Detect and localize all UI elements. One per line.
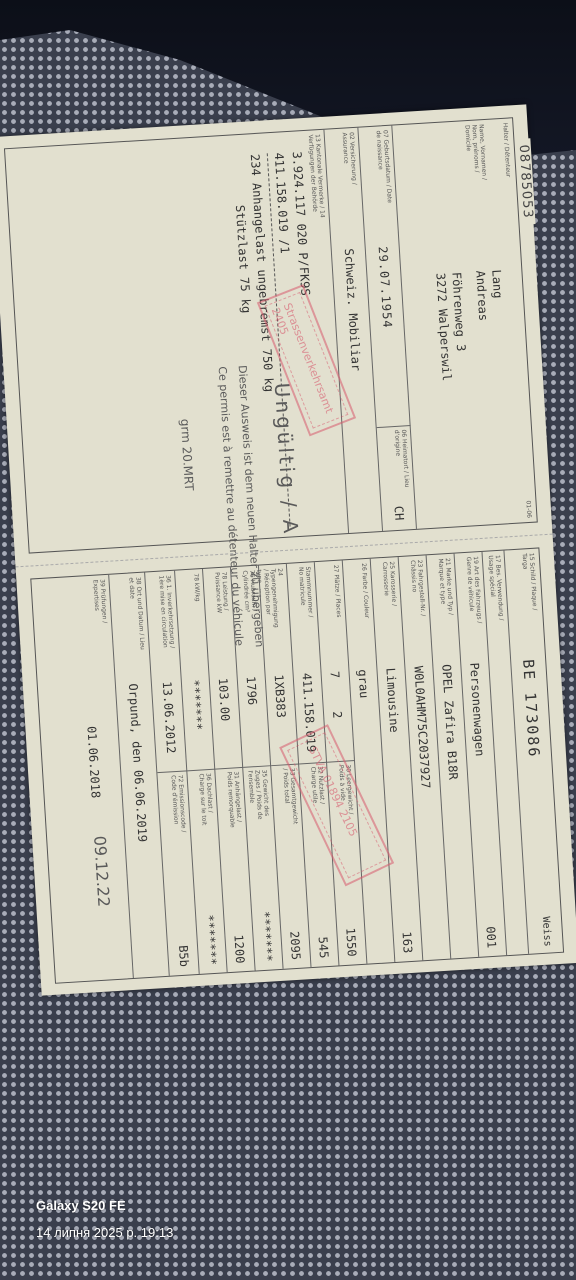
handwritten-note: grm 20.MRT [178,418,196,491]
roof-load-label: 36 Dachlast / Charge sur le toit [197,773,215,834]
divider [377,425,411,428]
power-ratio: ******* [188,679,205,730]
camera-watermark: Galaxy S20 FE 14 липня 2025 р. 19:13 [36,1198,173,1240]
emission-code: B5b [176,945,191,968]
gross-weight: 2095 [287,931,303,961]
vehicle-registration-document: Halter / Détenteur Name, Vornamen / Nom,… [0,104,576,995]
birth-date: 29.07.1954 [376,246,395,329]
notes-line-4: Stützlast 75 kg [233,205,254,314]
holder-label: Halter / Détenteur [501,123,512,193]
divider [187,769,215,772]
color-label: 26 Farbe / Couleur [360,563,372,643]
authority-notes-label: 13 Kantonale Vermerke / 14 Verfügungen d… [307,134,327,235]
insurance: Schweiz. Mobiliar [342,248,363,371]
vin-label: 23 Fahrgestell-Nr. / Châssis no [409,560,428,641]
make-model: OPEL Zafira B18R [439,664,460,780]
license-plate: BE 173086 [519,659,543,759]
holder-street: Föhrenweg 3 [449,272,468,352]
holder-surname: Lang [489,269,505,299]
roof-load: ******* [202,914,219,965]
document-photo: Halter / Détenteur Name, Vornamen / Nom,… [0,104,576,996]
body-label: 25 Karosserie / Carrosserie [381,561,400,642]
first-registration-label: 36 1. Inverkehrsetzung / 1ère mise en ci… [157,575,176,656]
vehicle-type-label: 19 Art des Fahrzeugs / Genre de véhicule [465,556,484,637]
place-date: Orpund, den 06.06.2019 [126,683,150,843]
place-date-label: 38 Ort und Datum / Lieu et date [127,577,146,658]
form-code: 01-06 [524,500,532,518]
divider [157,770,187,773]
train-weight-label: 35 Gewicht des Zuges / Poids de l'ensemb… [246,769,271,830]
body-type: Limousine [383,667,401,733]
vehicle-color: grau [355,669,371,699]
payload: 545 [316,936,331,959]
usage-label: 17 Bes. Verwendung / Usage spécial [487,555,506,636]
capture-datetime: 14 липня 2025 р. 19:13 [36,1225,173,1240]
inspection-label: 39 Prüfungen / Expertises [91,579,109,640]
notes-line-2: 411.158.019 /1 [272,152,292,254]
holder-half: Halter / Détenteur Name, Vornamen / Nom,… [0,104,552,566]
first-registration: 13.06.2012 [160,681,178,754]
vehicle-type: Personenwagen [467,662,487,757]
train-weight: ******* [258,911,275,962]
plate-color: Weiss [540,916,553,947]
name-label: Name, Vornamen / Nom, prénoms / Domicile [463,124,488,195]
holder-first-name: Andreas [473,270,490,321]
inspection-date: 01.06.2018 [84,726,102,799]
notes-line-3: 234 Anhangelast ungebremst 750 kg [248,154,277,393]
inspection-handwritten: 09.12.22 [90,835,113,907]
emission-code-label: 72 Emissionscode / Code d'émission [170,775,188,836]
device-name: Galaxy S20 FE [36,1198,173,1213]
plate-label: 15 Schild / Plaque / Targa [521,553,539,614]
make-label: 21 Marke und Typ / Marque et type [437,558,456,639]
power-ratio-label: 78 kW/kg [192,573,203,633]
trailer-load: 1200 [231,934,247,964]
origin: CH [392,505,407,520]
insurance-label: 02 Versicherung / Assurance [341,132,360,213]
displacement-label: 76 Hubraum / Cylindrée cm³ [241,570,259,631]
seats-label: 27 Plätze / Places [332,565,343,625]
seats-front: 2 [330,711,344,719]
vehicle-half: 15 Schild / Plaque / Targa BE 173086 Wei… [16,534,576,997]
divider [243,765,271,768]
trailer-load-label: 31 Anhängelast / Poids remorquable [225,771,243,832]
seats-total: 7 [328,671,342,679]
vin: W0L0AHM75C2037927 [411,666,432,789]
origin-label: 06 Heimatort / Lieu d'origine [393,429,411,490]
body-code: 163 [400,931,415,954]
stamp-number-label: Stammnummer / No matricule [297,566,315,627]
power-label: 78 Leistung / Puissance kW [213,572,231,633]
type-approval: 1XB383 [272,674,289,718]
birth-date-label: 07 Geburtsdatum / Date de naissance [375,130,394,211]
displacement: 1796 [244,676,260,706]
divider [215,767,243,770]
vehicle-type-code: 001 [483,926,498,949]
empty-weight: 1550 [343,927,359,957]
power: 103.00 [216,678,233,722]
